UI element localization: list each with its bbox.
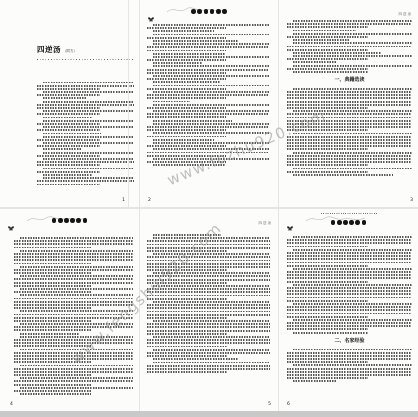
text-line (20, 250, 133, 252)
text-line (147, 107, 226, 109)
text-paragraph (287, 380, 412, 382)
text-line (287, 274, 412, 276)
text-line (37, 161, 134, 163)
text-paragraph (147, 85, 269, 90)
text-line (147, 72, 226, 74)
text-line (153, 34, 269, 36)
running-header-even (279, 209, 418, 229)
text-line (153, 91, 269, 93)
text-line (147, 37, 226, 39)
title-circle-glyph (210, 9, 215, 14)
text-paragraph (37, 168, 134, 173)
title-circle-glyph (337, 220, 342, 225)
text-line (147, 78, 226, 80)
text-line (147, 113, 269, 115)
text-paragraph (287, 349, 412, 364)
text-line (20, 237, 133, 239)
page-number: 3 (410, 198, 413, 203)
text-line (287, 117, 412, 119)
page-body (37, 82, 134, 186)
text-paragraph (147, 237, 270, 252)
text-line (153, 123, 269, 125)
text-line (287, 361, 368, 363)
text-paragraph (147, 336, 270, 347)
title-circle-glyph (58, 218, 63, 223)
text-paragraph (147, 40, 269, 42)
text-line (147, 330, 270, 332)
text-line (153, 56, 269, 58)
text-paragraph (37, 91, 134, 96)
text-paragraph (14, 275, 133, 286)
title-circle-glyph (64, 218, 69, 223)
text-line (147, 288, 270, 290)
running-header-odd: 四逆汤 (140, 209, 278, 225)
text-line (287, 374, 412, 376)
text-paragraph (37, 148, 134, 150)
text-line (293, 319, 412, 321)
text-line (293, 133, 412, 135)
text-paragraph (287, 71, 412, 73)
page-3: 四逆汤一、典籍选读3 (279, 0, 418, 207)
text-line (153, 81, 220, 83)
text-line (153, 110, 269, 112)
title-circle-glyph (362, 220, 367, 225)
text-line (153, 30, 214, 32)
text-line (287, 113, 412, 115)
text-line (147, 314, 270, 316)
title-circle-glyph (331, 220, 336, 225)
text-line (287, 123, 412, 125)
text-line (153, 158, 269, 160)
text-line (37, 107, 100, 109)
running-header-odd: 四逆汤 (279, 0, 418, 16)
text-line (37, 155, 100, 157)
running-header-even (0, 209, 139, 227)
text-paragraph (287, 174, 412, 176)
text-line (147, 136, 226, 138)
text-line (287, 161, 412, 163)
text-line (147, 46, 269, 48)
text-line (43, 82, 134, 84)
scan-bottom-strip (0, 411, 418, 417)
text-line (287, 239, 412, 241)
text-line (153, 104, 269, 106)
text-line (287, 287, 412, 289)
text-line (147, 129, 226, 131)
text-paragraph (147, 24, 269, 29)
text-line (43, 136, 134, 138)
text-paragraph (147, 53, 269, 55)
text-line (287, 262, 412, 264)
text-paragraph (287, 61, 412, 63)
text-line (153, 53, 226, 55)
text-paragraph (287, 133, 412, 151)
text-line (153, 148, 269, 150)
text-line (43, 110, 134, 112)
text-line (287, 136, 412, 138)
text-paragraph (147, 62, 269, 64)
text-line (153, 75, 269, 77)
text-paragraph (287, 39, 412, 41)
text-line (147, 126, 269, 128)
title-circle-glyph (52, 218, 57, 223)
text-line (287, 126, 412, 128)
text-line (287, 255, 412, 257)
text-line (43, 152, 134, 154)
text-line (153, 65, 269, 67)
text-line (14, 342, 133, 344)
text-line (287, 107, 368, 109)
text-line (14, 307, 91, 309)
text-line (293, 33, 412, 35)
text-paragraph (14, 294, 133, 309)
text-paragraph (287, 152, 412, 167)
text-line (287, 281, 368, 283)
text-line (293, 168, 412, 170)
text-line (147, 152, 269, 154)
text-line (14, 304, 133, 306)
text-paragraph (287, 268, 412, 283)
text-paragraph (147, 34, 269, 39)
title-circle-glyph (216, 9, 221, 14)
text-line (147, 250, 227, 252)
text-paragraph (147, 56, 269, 61)
text-line (43, 117, 92, 119)
text-paragraph (147, 81, 269, 83)
text-paragraph (14, 288, 133, 293)
text-line (14, 301, 133, 303)
text-line (147, 155, 226, 157)
page-number: 2 (148, 198, 151, 203)
text-line (153, 336, 270, 338)
text-line (287, 97, 412, 99)
text-line (293, 268, 412, 270)
text-paragraph (147, 349, 270, 357)
text-paragraph (287, 110, 412, 131)
text-paragraph (147, 358, 270, 360)
text-line (287, 155, 412, 157)
text-paragraph (147, 91, 269, 99)
text-line (14, 390, 91, 392)
text-paragraph (147, 158, 269, 163)
text-line (293, 61, 337, 63)
text-line (153, 272, 270, 274)
text-line (147, 275, 270, 277)
text-line (20, 323, 133, 325)
text-line (14, 314, 133, 316)
text-line (43, 142, 134, 144)
text-line (287, 328, 368, 330)
page-number: 4 (10, 402, 13, 407)
text-line (153, 285, 270, 287)
text-paragraph (147, 272, 270, 283)
title-circle-glyph (222, 9, 227, 14)
text-line (293, 42, 412, 44)
text-paragraph (37, 126, 134, 131)
text-paragraph (37, 174, 134, 176)
text-paragraph (287, 236, 412, 247)
text-line (147, 291, 270, 293)
text-line (287, 148, 368, 150)
text-line (293, 52, 381, 54)
text-line (147, 27, 226, 29)
text-line (147, 116, 226, 118)
text-line (153, 253, 270, 255)
text-line (293, 88, 412, 90)
text-line (14, 247, 91, 249)
text-line (287, 252, 412, 254)
text-line (287, 358, 412, 360)
text-line (287, 371, 412, 373)
text-line (147, 161, 226, 163)
text-line (287, 139, 412, 141)
text-paragraph (14, 250, 133, 265)
text-line (287, 164, 368, 166)
text-line (287, 120, 412, 122)
title-dotted-rule (37, 59, 134, 60)
title-circle-glyph (349, 220, 354, 225)
text-line (147, 247, 270, 249)
text-line (147, 317, 227, 319)
text-line (14, 291, 91, 293)
text-paragraph (14, 377, 133, 385)
caption-text-line (321, 213, 377, 214)
page-6: 二、名家经验6 (279, 209, 418, 411)
title-circle-glyph (83, 218, 88, 223)
text-line (293, 380, 337, 382)
text-paragraph (147, 362, 270, 373)
text-line (147, 365, 270, 367)
text-line (20, 333, 80, 335)
text-line (147, 352, 270, 354)
text-line (153, 237, 270, 239)
text-line (147, 94, 269, 96)
text-line (153, 132, 269, 134)
text-line (293, 349, 412, 351)
text-paragraph (14, 349, 133, 364)
text-line (153, 85, 269, 87)
text-line (14, 371, 133, 373)
text-paragraph (14, 387, 133, 392)
text-line (43, 120, 134, 122)
text-paragraph (37, 177, 134, 185)
text-paragraph (147, 104, 269, 109)
text-line (153, 164, 226, 166)
chapter-title-block: 四逆汤（附方） (37, 37, 134, 60)
text-line (147, 295, 270, 297)
text-line (147, 323, 270, 325)
text-line (147, 88, 226, 90)
text-line (37, 88, 100, 90)
text-line (287, 300, 368, 302)
text-line (20, 336, 133, 338)
page-body (14, 237, 133, 395)
text-line (147, 266, 270, 268)
text-line (43, 174, 92, 176)
text-line (14, 278, 133, 280)
title-circle-glyph (76, 218, 81, 223)
text-paragraph (287, 364, 412, 379)
text-line (43, 126, 134, 128)
text-line (14, 282, 133, 284)
text-line (43, 97, 87, 99)
text-paragraph (287, 303, 412, 318)
text-line (14, 256, 133, 258)
title-circle-glyph (70, 218, 75, 223)
text-line (287, 313, 412, 315)
text-line (293, 249, 412, 251)
text-line (37, 123, 100, 125)
text-line (43, 91, 134, 93)
section-heading: 一、典籍选读 (287, 77, 412, 84)
text-line (147, 69, 269, 71)
text-line (287, 316, 368, 318)
text-line (287, 290, 412, 292)
text-paragraph (287, 33, 412, 38)
text-line (20, 393, 91, 395)
text-line (14, 329, 91, 331)
text-line (20, 387, 133, 389)
text-line (287, 58, 368, 60)
text-line (147, 59, 226, 61)
text-line (287, 242, 412, 244)
text-line (287, 246, 368, 248)
text-line (287, 265, 368, 267)
text-line (153, 120, 232, 122)
text-paragraph (287, 319, 412, 330)
text-paragraph (287, 88, 412, 109)
text-line (287, 104, 412, 106)
text-paragraph (287, 30, 412, 32)
text-line (43, 148, 82, 150)
text-line (14, 368, 133, 370)
title-circle-glyph (343, 220, 348, 225)
text-line (293, 332, 368, 334)
page-4: 4 (0, 209, 139, 411)
text-line (14, 240, 133, 242)
text-line (293, 71, 368, 73)
text-line (14, 339, 133, 341)
text-line (147, 256, 270, 258)
text-paragraph (147, 142, 269, 147)
text-line (147, 50, 226, 52)
text-line (287, 309, 412, 311)
text-paragraph (14, 333, 133, 335)
text-paragraph (287, 42, 412, 50)
text-line (37, 184, 100, 186)
page-5: 四逆汤5 (140, 209, 278, 411)
text-line (153, 349, 270, 351)
text-line (20, 266, 133, 268)
text-line (287, 145, 412, 147)
text-line (147, 269, 227, 271)
running-header-even (140, 0, 278, 18)
text-line (14, 384, 91, 386)
text-paragraph (147, 101, 269, 103)
text-line (147, 355, 227, 357)
text-line (147, 145, 226, 147)
text-paragraph (147, 120, 269, 122)
chapter-subtitle: （附方） (63, 49, 77, 53)
title-circle-glyph (197, 9, 202, 14)
text-paragraph (147, 30, 269, 32)
text-paragraph (147, 320, 270, 335)
text-line (153, 139, 214, 141)
text-line (14, 259, 133, 261)
text-line (14, 374, 91, 376)
text-paragraph (147, 148, 269, 156)
text-paragraph (147, 123, 269, 131)
text-line (293, 303, 412, 305)
text-line (153, 142, 269, 144)
text-line (147, 342, 270, 344)
text-line (293, 110, 412, 112)
title-circle-glyph (191, 9, 196, 14)
text-line (147, 346, 227, 348)
text-line (37, 164, 100, 166)
page-body: 一、典籍选读 (287, 20, 412, 176)
text-paragraph (37, 82, 134, 90)
text-line (20, 275, 133, 277)
text-line (287, 293, 412, 295)
text-paragraph (37, 133, 134, 135)
text-line (43, 177, 134, 179)
text-line (293, 39, 349, 41)
text-paragraph (14, 266, 133, 274)
text-line (147, 282, 227, 284)
text-line (37, 113, 100, 115)
text-line (14, 272, 91, 274)
text-paragraph (287, 284, 412, 302)
text-paragraph (287, 20, 412, 28)
text-line (293, 236, 412, 238)
text-line (43, 168, 134, 170)
text-line (14, 320, 91, 322)
text-paragraph (37, 136, 134, 141)
text-paragraph (14, 393, 133, 395)
text-line (153, 101, 190, 103)
text-paragraph (14, 365, 133, 376)
text-line (147, 368, 270, 370)
text-line (20, 294, 133, 296)
text-line (153, 320, 270, 322)
text-line (14, 345, 91, 347)
text-line (287, 325, 412, 327)
text-line (37, 85, 134, 87)
text-paragraph (287, 55, 412, 60)
text-paragraph (147, 234, 270, 236)
page-number: 6 (287, 402, 290, 407)
page-body (147, 24, 269, 166)
text-line (153, 40, 238, 42)
page-number: 5 (268, 402, 271, 407)
text-paragraph (14, 237, 133, 248)
text-paragraph (147, 65, 269, 73)
text-line (293, 284, 412, 286)
text-paragraph (287, 332, 412, 334)
text-line (147, 333, 227, 335)
text-line (37, 94, 100, 96)
text-line (14, 358, 133, 360)
text-line (293, 65, 412, 67)
text-line (153, 234, 221, 236)
text-paragraph (147, 43, 269, 51)
text-line (147, 304, 270, 306)
text-line (153, 358, 239, 360)
text-paragraph (37, 110, 134, 115)
text-line (43, 101, 134, 103)
text-line (37, 145, 100, 147)
